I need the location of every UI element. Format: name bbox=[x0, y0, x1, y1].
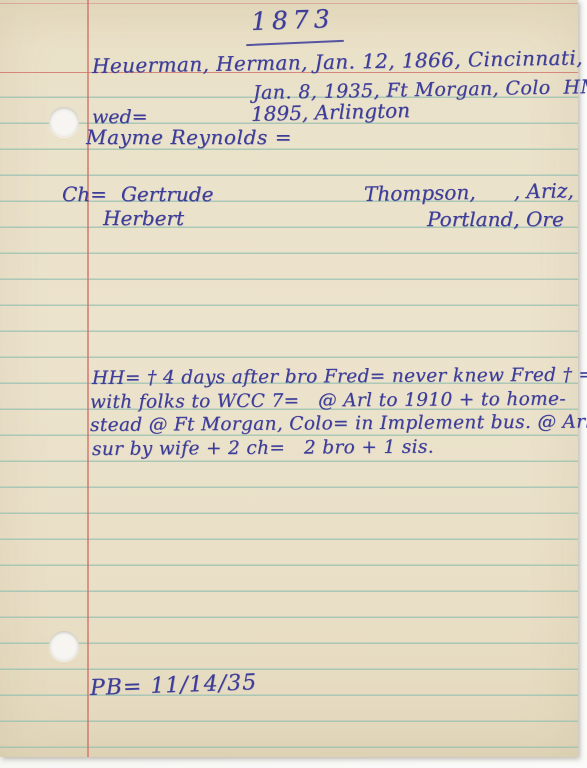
ledger-paper: 1873 Heuerman, Herman, Jan. 12, 1866, Ci… bbox=[0, 0, 578, 757]
year-title: 1873 bbox=[251, 5, 336, 35]
residence-line-2: Portland, Ore bbox=[427, 208, 564, 230]
wed-place: 1895, Arlington bbox=[251, 99, 411, 125]
children-line: Ch=Gertrude bbox=[62, 183, 213, 205]
punch-hole-bottom bbox=[49, 631, 79, 661]
year-underline bbox=[246, 40, 344, 47]
child-name-2: Herbert bbox=[103, 207, 184, 229]
notes-line-3: stead @ Ft Morgan, Colo= in Implement bu… bbox=[90, 412, 587, 436]
residence-line-1: Thompson, , Ariz, bbox=[364, 179, 574, 205]
left-margin-line bbox=[87, 0, 89, 757]
notes-line-2: with folks to WCC 7= @ Arl to 1910 + to … bbox=[90, 390, 566, 414]
notes-line-4: sur by wife + 2 ch= 2 bro + 1 sis. bbox=[92, 438, 434, 461]
notes-line-1: HH= † 4 days after bro Fred= never knew … bbox=[92, 365, 587, 389]
spouse-name: Mayme Reynolds = bbox=[86, 126, 292, 148]
scanned-page: 1873 Heuerman, Herman, Jan. 12, 1866, Ci… bbox=[0, 0, 587, 768]
punch-hole-top bbox=[49, 107, 79, 137]
child-name-1: Gertrude bbox=[121, 182, 214, 206]
children-label: Ch= bbox=[62, 182, 107, 206]
